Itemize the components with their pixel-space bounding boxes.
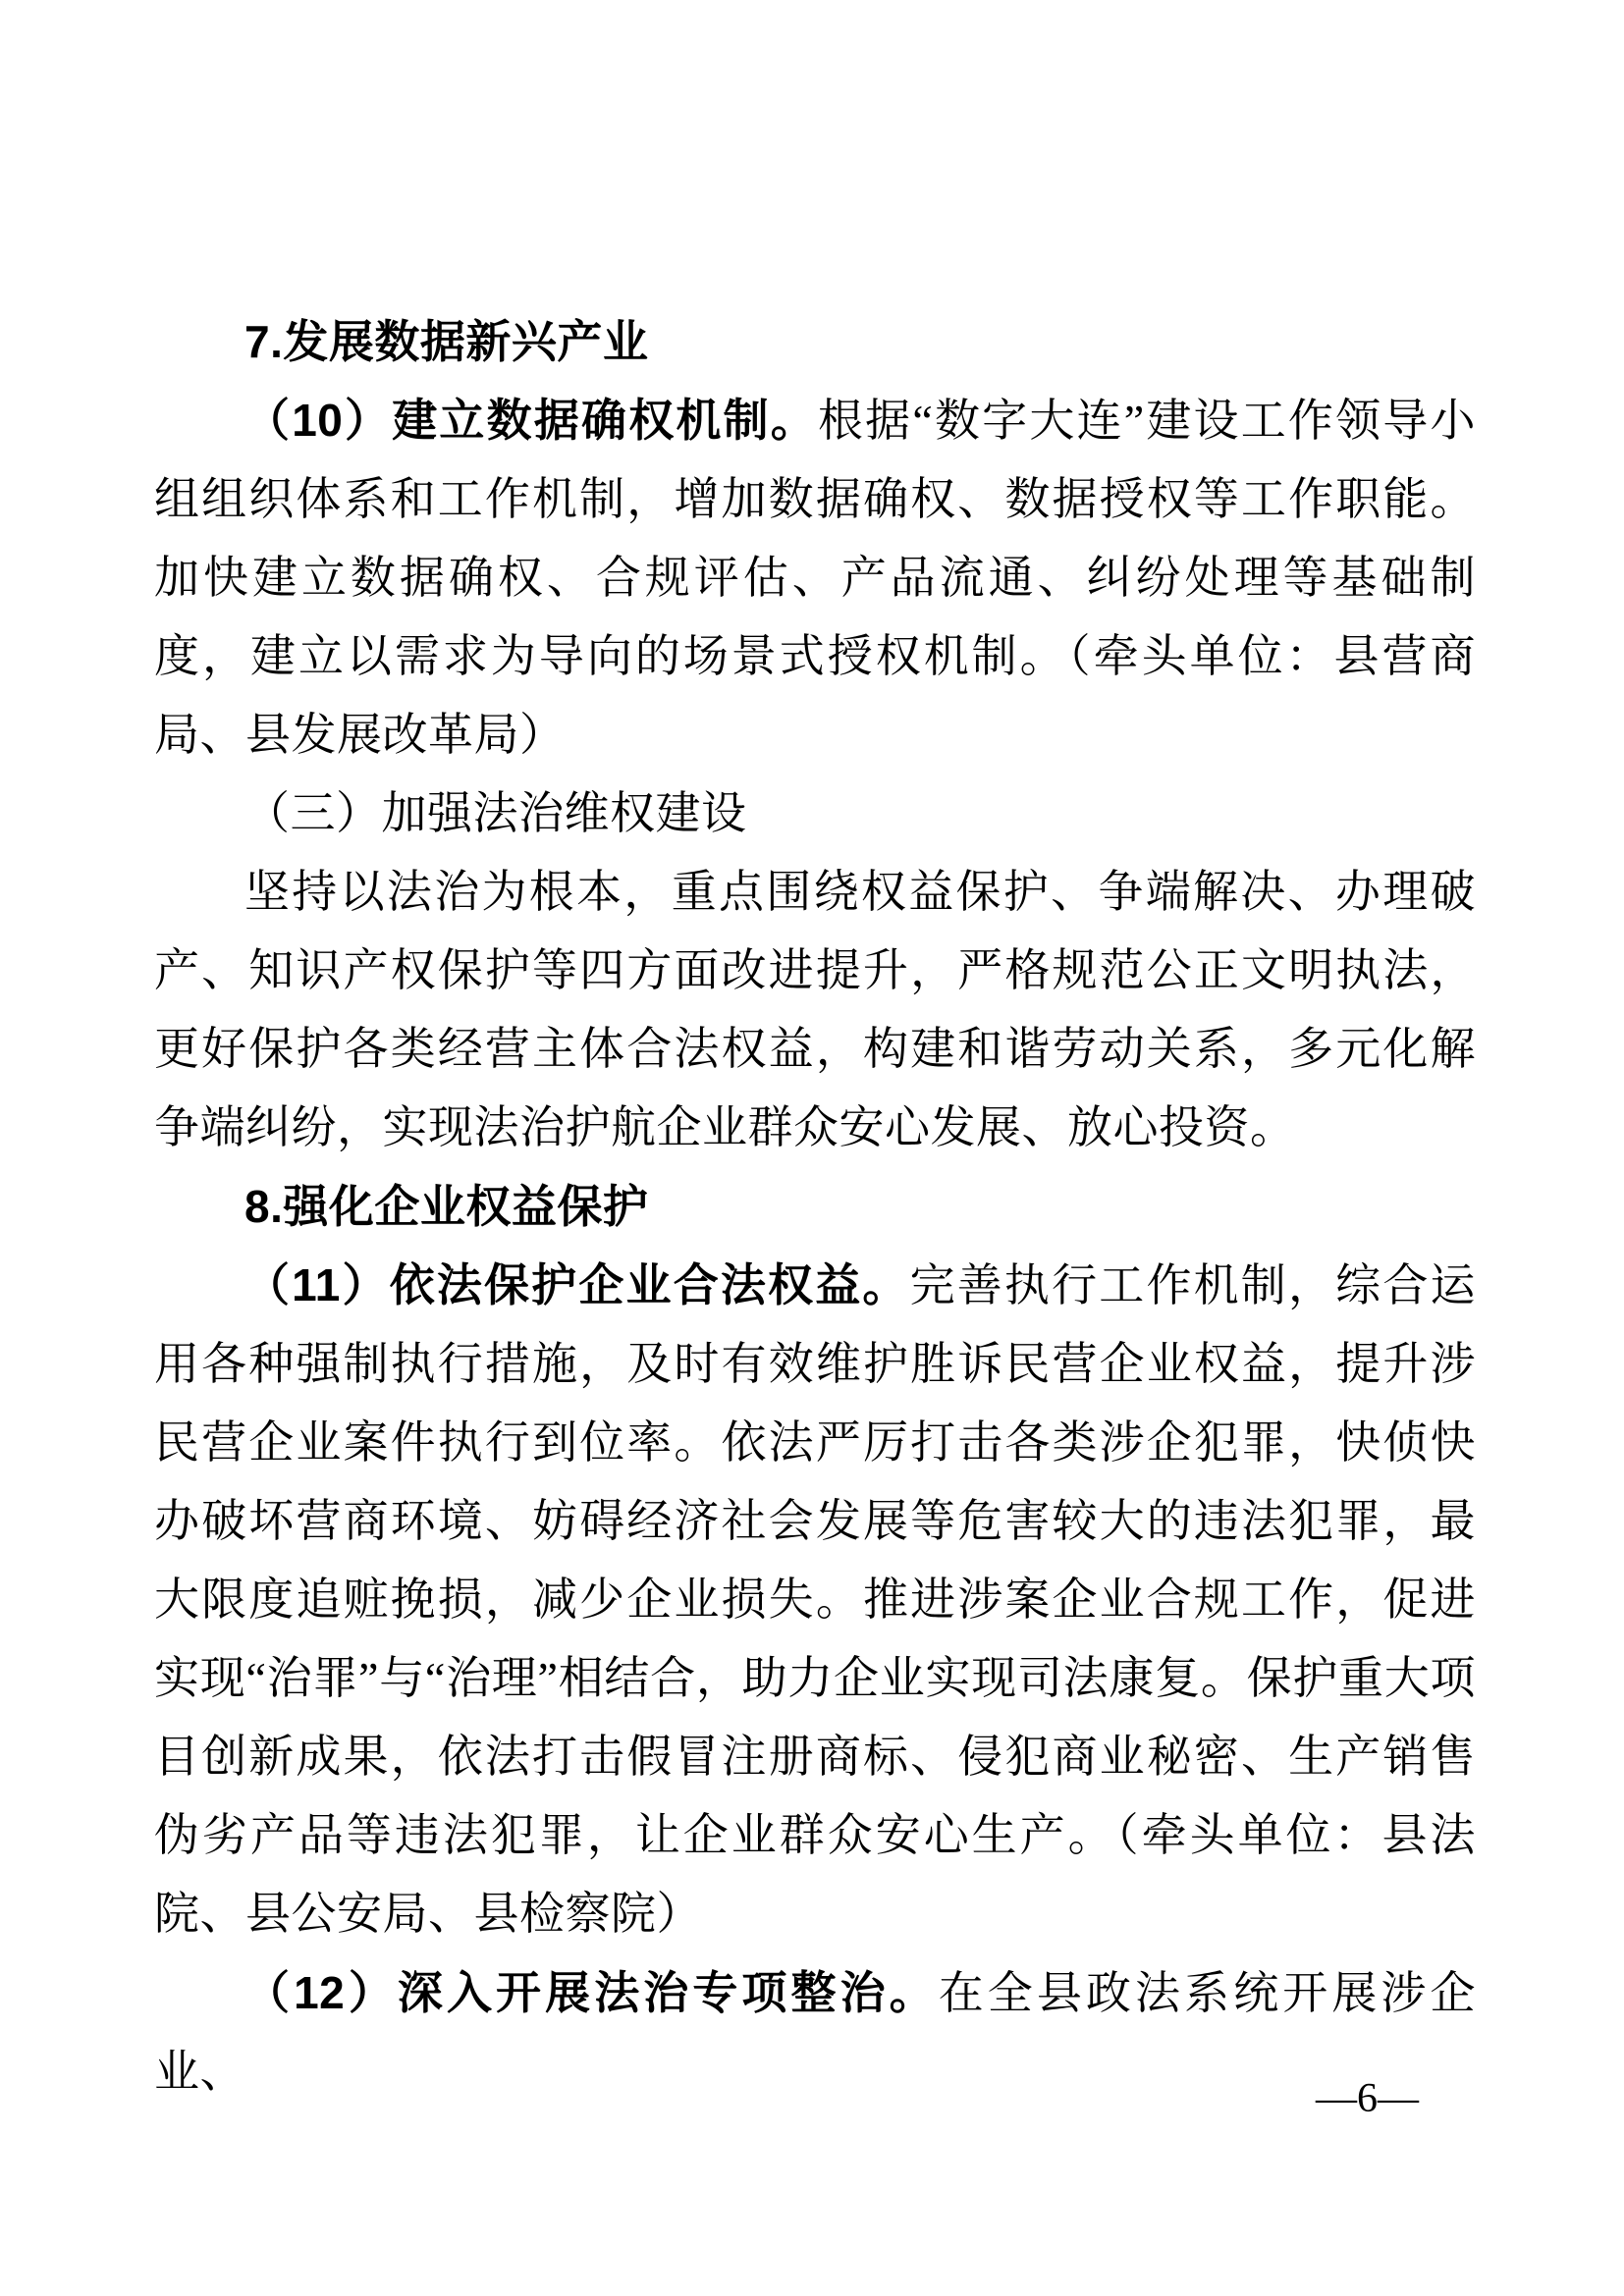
heading-section-7: 7.发展数据新兴产业 — [154, 302, 1476, 381]
paragraph-item-11-lead: （11）依法保护企业合法权益。 — [244, 1259, 910, 1310]
document-page: 7.发展数据新兴产业 （10）建立数据确权机制。根据“数字大连”建设工作领导小组… — [0, 0, 1624, 2296]
paragraph-item-12-lead: （12）深入开展法治专项整治。 — [244, 1967, 939, 2018]
paragraph-item-10-lead: （10）建立数据确权机制。 — [244, 395, 818, 446]
paragraph-item-10-body: 根据“数字大连”建设工作领导小组组织体系和工作机制，增加数据确权、数据授权等工作… — [154, 396, 1476, 760]
heading-subsection-3: （三）加强法治维权建设 — [154, 774, 1476, 853]
paragraph-rule-of-law-intro-body: 坚持以法治为根本，重点围绕权益保护、争端解决、办理破产、知识产权保护等四方面改进… — [154, 867, 1476, 1152]
paragraph-item-11: （11）依法保护企业合法权益。完善执行工作机制，综合运用各种强制执行措施，及时有… — [154, 1246, 1476, 1953]
paragraph-item-12: （12）深入开展法治专项整治。在全县政法系统开展涉企业、 — [154, 1953, 1476, 2111]
paragraph-item-11-body: 完善执行工作机制，综合运用各种强制执行措施，及时有效维护胜诉民营企业权益，提升涉… — [154, 1260, 1476, 1939]
heading-section-8: 8.强化企业权益保护 — [154, 1167, 1476, 1246]
page-number: —6— — [1316, 2069, 1419, 2128]
paragraph-item-10: （10）建立数据确权机制。根据“数字大连”建设工作领导小组组织体系和工作机制，增… — [154, 381, 1476, 774]
paragraph-rule-of-law-intro: 坚持以法治为根本，重点围绕权益保护、争端解决、办理破产、知识产权保护等四方面改进… — [154, 853, 1476, 1167]
document-body: 7.发展数据新兴产业 （10）建立数据确权机制。根据“数字大连”建设工作领导小组… — [154, 302, 1476, 2111]
